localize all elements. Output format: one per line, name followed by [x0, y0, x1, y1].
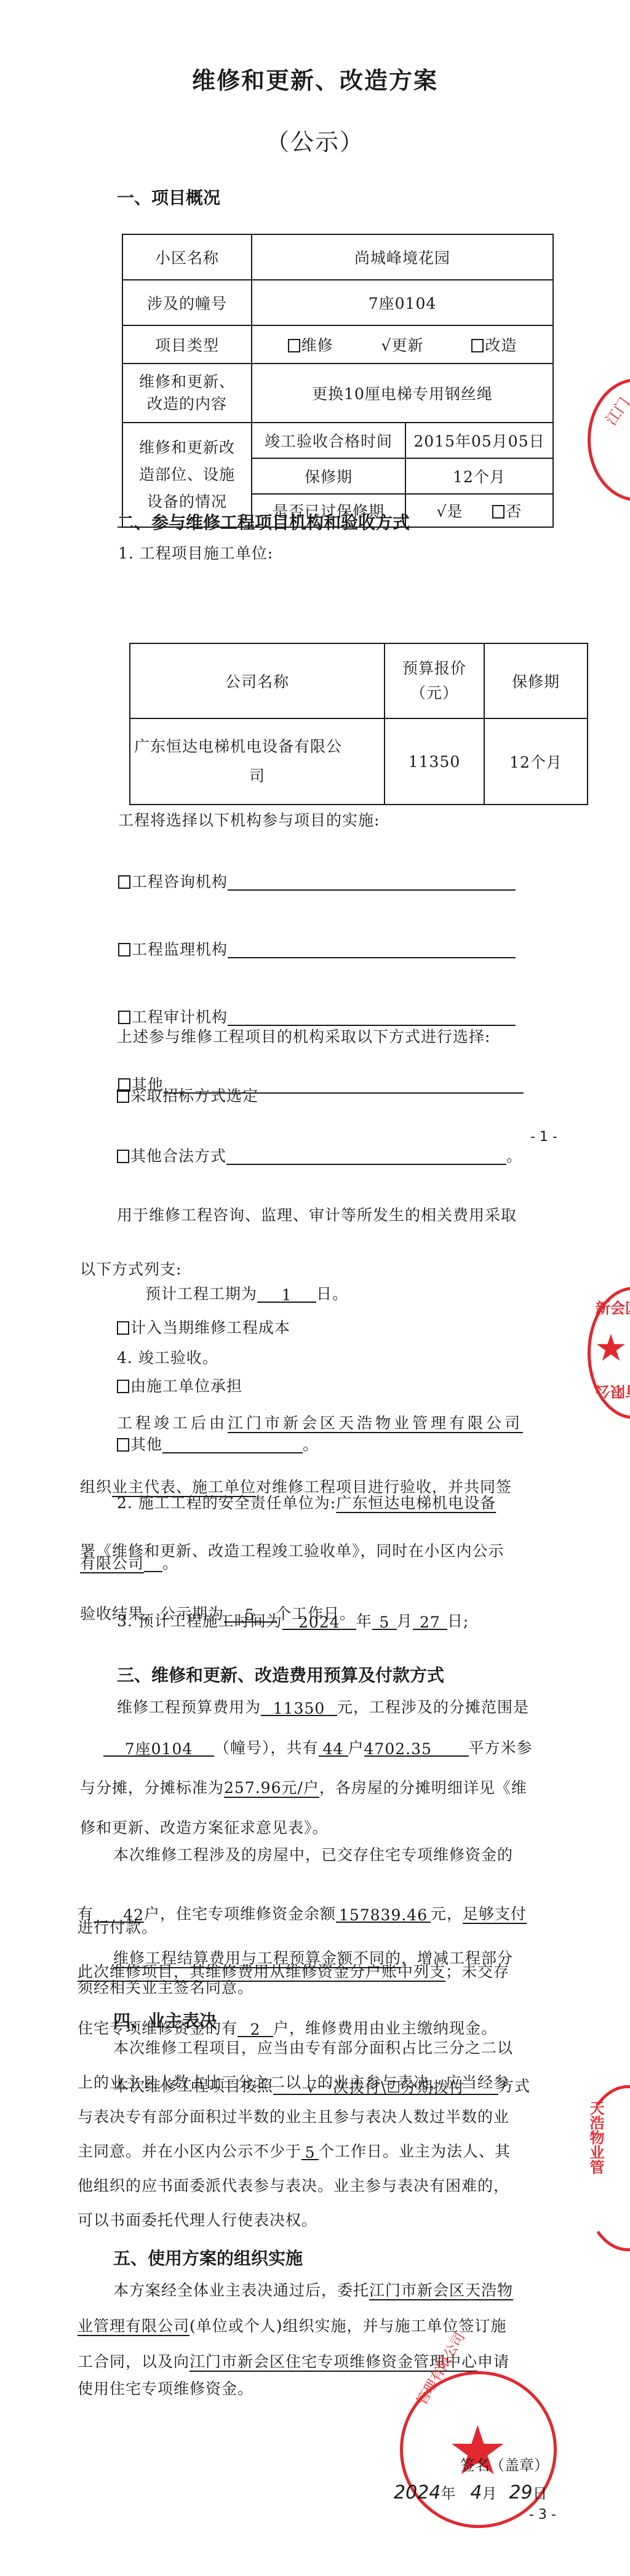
acceptance-p1: 工程竣工后由江门市新会区天浩物业管理有限公司 — [117, 1415, 523, 1432]
selection-other[interactable]: 其他合法方式。 — [117, 1148, 522, 1165]
checkbox-icon[interactable] — [117, 1150, 129, 1163]
header-warranty: 保修期 — [484, 643, 588, 718]
signature-label: 签名（盖章） — [460, 2453, 549, 2475]
checkbox-icon[interactable] — [117, 1089, 129, 1103]
company-name-cell: 广东恒达电梯机电设备有限公 司 — [130, 718, 385, 805]
page-number-3: - 3 - — [529, 2507, 556, 2522]
vote-line1: 本次维修工程项目，应当由专有部分面积占比三分之二以 — [113, 2040, 513, 2057]
checkbox-icon[interactable] — [118, 875, 130, 889]
community-label: 小区名称 — [122, 234, 252, 280]
building-label: 涉及的幢号 — [122, 280, 252, 325]
payment-line2: 进行付款。 — [78, 1919, 157, 1936]
acceptance-p2: 组织业主代表、施工单位对维修工程项目进行验收，并共同签 — [80, 1479, 512, 1496]
acceptance-org: 江门市新会区天浩物业管理有限公司 — [228, 1414, 523, 1432]
vote-line3: 与表决专有部分面积过半数的业主且参与表决人数过半数的业 — [78, 2109, 509, 2126]
expired-no-option[interactable]: 否 — [492, 503, 522, 520]
agency-consulting-blank[interactable] — [228, 875, 516, 891]
type-label: 项目类型 — [122, 325, 252, 364]
scope-building: 7座0104 — [103, 1741, 214, 1757]
settlement-clause: 维修工程结算费用与工程预算金额不同的 — [113, 1949, 401, 1967]
warranty-label: 保修期 — [252, 458, 405, 494]
section1-heading: 一、项目概况 — [117, 185, 220, 209]
page-number-1: - 1 - — [530, 1129, 557, 1145]
fund-balance: 157839.46 — [336, 1907, 431, 1923]
fees-other-blank[interactable] — [162, 1437, 303, 1453]
community-value: 尚城峰境花园 — [252, 234, 553, 280]
duration-line: 预计工程工期为1日。 — [145, 1286, 348, 1303]
fees-intro-line1: 用于维修工程咨询、监理、审计等所发生的相关费用采取 — [117, 1207, 517, 1224]
checkbox-icon[interactable] — [118, 1011, 130, 1024]
agency-supervision[interactable]: 工程监理机构 — [118, 941, 516, 958]
schedule-month: 5 — [372, 1614, 397, 1630]
vote-line6: 可以书面委托代理人行使表决权。 — [78, 2212, 317, 2229]
official-stamp-3: 天浩物业管 — [578, 2085, 630, 2251]
agency-consulting[interactable]: 工程咨询机构 — [118, 873, 516, 891]
checkbox-icon — [471, 339, 484, 352]
checkbox-icon — [288, 339, 300, 352]
fund-unpaid-households: 2 — [237, 2021, 273, 2037]
fees-intro-line2: 以下方式列支: — [80, 1261, 181, 1278]
header-budget: 预算报价 （元） — [385, 643, 484, 718]
selection-other-blank[interactable] — [226, 1149, 506, 1165]
official-stamp-1: 江门 — [588, 378, 630, 501]
acceptance-item: 4. 竣工验收。 — [117, 1350, 218, 1367]
signature-date: 2024年4月29日 — [394, 2481, 548, 2503]
scope-area: 4702.35 — [364, 1741, 469, 1757]
vote-line5: 他组织的应书面委派代表参与表决。业主参与表决有困难的， — [78, 2177, 509, 2195]
checkbox-icon — [492, 505, 504, 519]
scope-line: 7座0104（幢号），共有44户4702.35平方米参 — [103, 1739, 533, 1757]
selection-intro: 上述参与维修工程项目的机构采取以下方式进行选择: — [117, 1028, 490, 1046]
fund-line1: 本次维修工程涉及的房屋中，已交存住宅专项维修资金的 — [113, 1847, 513, 1864]
settlement-line2: 须经相关业主签名同意。 — [78, 1979, 253, 1997]
vote-publicity-days: 5 — [301, 2144, 319, 2160]
type-renovate-option[interactable]: 改造 — [471, 336, 517, 354]
checkmark-icon: √ — [381, 336, 392, 354]
agency-supervision-blank[interactable] — [228, 942, 516, 958]
budget-cell: 11350 — [385, 718, 484, 805]
settlement-line: 维修工程结算费用与工程预算金额不同的，增减工程部分 — [113, 1950, 513, 1967]
safety-unit-line: 2. 施工工程的安全责任单位为:广东恒达电梯机电设备 — [117, 1495, 496, 1512]
implementation-line1: 本方案经全体业主表决通过后，委托江门市新会区天浩物 — [113, 2282, 513, 2299]
document-subtitle: （公示） — [0, 123, 630, 157]
document-title: 维修和更新、改造方案 — [0, 62, 630, 95]
acceptance-parties: 业主代表、施工单位 — [112, 1478, 256, 1496]
implementation-line4: 使用住宅专项维修资金。 — [78, 2380, 253, 2398]
schedule-day: 27 — [413, 1614, 447, 1630]
section2-heading: 二、参与维修工程项目机构和验收方式 — [117, 509, 410, 534]
header-company: 公司名称 — [130, 643, 385, 718]
section5-heading: 五、使用方案的组织实施 — [113, 2245, 303, 2270]
contractor-table: 公司名称 预算报价 （元） 保修期 广东恒达电梯机电设备有限公 司 11350 … — [129, 643, 588, 805]
type-repair-option[interactable]: 维修 — [288, 336, 333, 354]
publicity-days: 5 — [224, 1607, 276, 1623]
star-icon: ★ — [594, 1327, 628, 1370]
checkbox-icon[interactable] — [118, 943, 130, 956]
implementation-org: 江门市新会区天浩物 — [369, 2281, 513, 2299]
table-row: 广东恒达电梯机电设备有限公 司 11350 12个月 — [130, 718, 588, 805]
share-standard: 257.96元/户 — [224, 1779, 319, 1797]
building-value: 7座0104 — [252, 280, 553, 325]
budget-line: 维修工程预算费用为11350元，工程涉及的分摊范围是 — [117, 1699, 529, 1716]
type-options: 维修 √更新 改造 — [252, 325, 553, 364]
fees-contractor[interactable]: 由施工单位承担 — [117, 1378, 242, 1395]
checkbox-icon[interactable] — [117, 1438, 129, 1452]
share-line: 与分摊，分摊标准为257.96元/户，各房屋的分摊明细详见《维 — [80, 1779, 527, 1797]
section3-heading: 三、维修和更新、改造费用预算及付款方式 — [117, 1662, 444, 1687]
contractor-item-label: 1. 工程项目施工单位: — [118, 545, 273, 562]
warranty-value: 12个月 — [405, 458, 553, 494]
checkbox-icon[interactable] — [117, 1321, 129, 1335]
acceptance-p3: 署《维修和更新、改造工程竣工验收单》，同时在小区内公示 — [80, 1543, 504, 1560]
fees-other[interactable]: 其他。 — [117, 1436, 319, 1453]
scope-households: 44 — [319, 1741, 348, 1757]
checkbox-icon[interactable] — [117, 1380, 129, 1393]
implementation-line2: 业管理有限公司(单位或个人)组织实施，并与施工单位签订施 — [78, 2318, 507, 2335]
project-overview-table: 小区名称 尚城峰境花园 涉及的幢号 7座0104 项目类型 维修 √更新 改造 … — [122, 234, 554, 528]
duration-days: 1 — [257, 1287, 316, 1303]
content-label: 维修和更新、 改造的内容 — [122, 364, 252, 423]
acceptance-value: 2015年05月05日 — [405, 423, 553, 458]
vote-line2: 上的业主且人数占比三分之二以上的业主参与表决，应当经参 — [78, 2074, 509, 2091]
safety-unit-company: 广东恒达电梯机电设备 — [336, 1494, 496, 1512]
fees-cost[interactable]: 计入当期维修工程成本 — [117, 1319, 290, 1337]
checkmark-icon: √ — [437, 503, 447, 520]
warranty-cell: 12个月 — [484, 718, 588, 805]
content-value: 更换10厘电梯专用钢丝绳 — [252, 364, 553, 423]
acceptance-label: 竣工验收合格时间 — [252, 423, 405, 458]
expired-yes-option[interactable]: √是 — [437, 503, 463, 520]
official-stamp-4: ★ 管理有限公司 — [400, 2371, 557, 2528]
agency-audit-blank[interactable] — [228, 1010, 516, 1026]
type-update-option[interactable]: √更新 — [381, 336, 424, 354]
selection-tender[interactable]: 采取招标方式选定 — [117, 1087, 258, 1105]
official-stamp-2: 新会区 ★ 有限公 — [588, 1287, 630, 1419]
expired-options: √是 否 — [405, 494, 553, 527]
vote-line4: 主同意。并在小区内公示不少于5个工作日。业主为法人、其 — [78, 2143, 511, 2160]
star-icon: ★ — [447, 2411, 508, 2490]
agencies-intro: 工程将选择以下机构参与项目的实施: — [118, 812, 380, 829]
budget-amount: 11350 — [261, 1700, 337, 1716]
share-line4: 修和更新、改造方案征求意见表》。 — [80, 1819, 329, 1837]
agency-audit[interactable]: 工程审计机构 — [118, 1009, 516, 1026]
section4-heading: 四、业主表决 — [113, 2008, 217, 2032]
acceptance-p4: 验收结果，公示期为5个工作日。 — [80, 1605, 356, 1623]
